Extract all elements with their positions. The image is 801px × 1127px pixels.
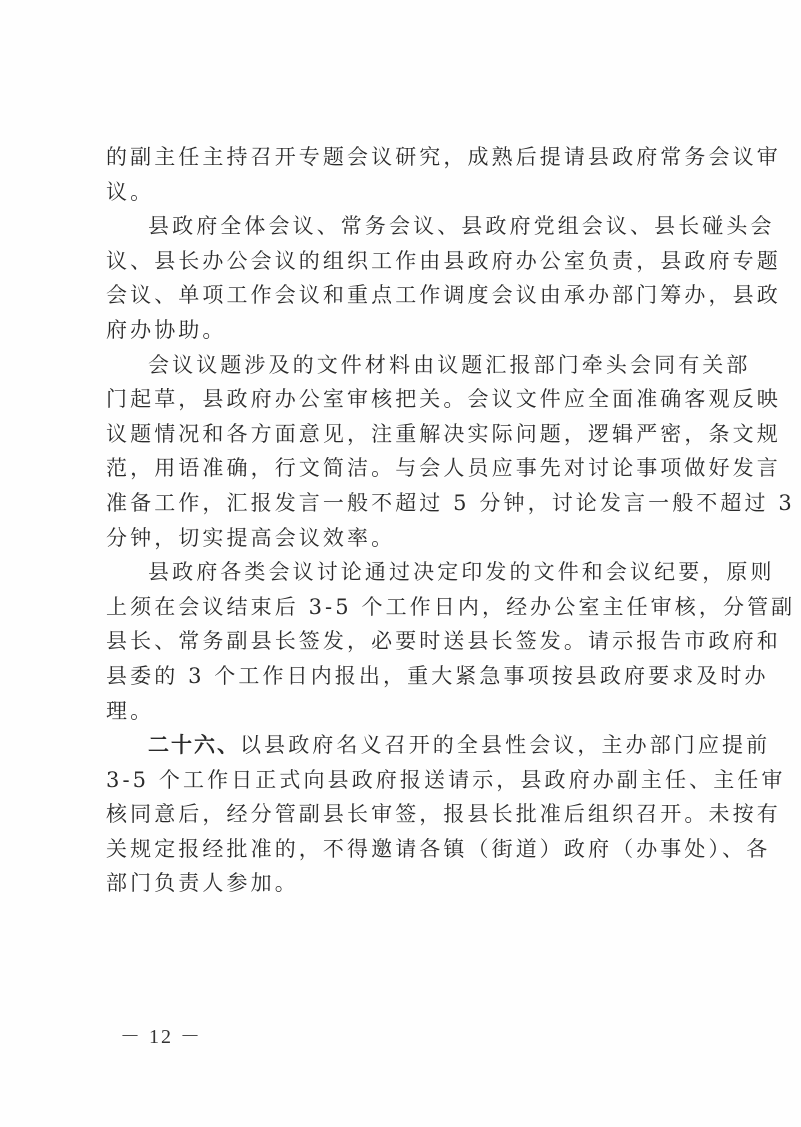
paragraph-meeting-organization: 县政府全体会议、常务会议、县政府党组会议、县长碰头会 议、县长办公会议的组织工作…	[106, 209, 702, 347]
paragraph-article-26: 二十六、以县政府名义召开的全县性会议，主办部门应提前 3-5 个工作日正式向县政…	[106, 728, 702, 901]
text-line: 部门负责人参加。	[106, 866, 702, 901]
text-line: 3-5 个工作日正式向县政府报送请示，县政府办副主任、主任审	[106, 763, 702, 798]
paragraph-meeting-documents: 会议议题涉及的文件材料由议题汇报部门牵头会同有关部 门起草，县政府办公室审核把关…	[106, 348, 702, 556]
text-line: 议题情况和各方面意见，注重解决实际问题，逻辑严密，条文规	[106, 417, 702, 452]
paragraph-meeting-review: 的副主任主持召开专题会议研究，成熟后提请县政府常务会议审 议。	[106, 140, 702, 209]
document-page: 的副主任主持召开专题会议研究，成熟后提请县政府常务会议审 议。 县政府全体会议、…	[0, 0, 801, 1127]
text-line: 会议、单项工作会议和重点工作调度会议由承办部门筹办，县政	[106, 278, 702, 313]
paragraph-meeting-minutes: 县政府各类会议讨论通过决定印发的文件和会议纪要，原则 上须在会议结束后 3-5 …	[106, 555, 702, 728]
text-line: 的副主任主持召开专题会议研究，成熟后提请县政府常务会议审	[106, 140, 702, 175]
text-line: 议、县长办公会议的组织工作由县政府办公室负责，县政府专题	[106, 244, 702, 279]
page-number: － 12 －	[120, 1020, 202, 1049]
article-heading: 二十六、	[148, 733, 240, 757]
text-line: 县政府全体会议、常务会议、县政府党组会议、县长碰头会	[106, 209, 702, 244]
text-line: 上须在会议结束后 3-5 个工作日内，经办公室主任审核，分管副	[106, 590, 702, 625]
text-line: 范，用语准确，行文简洁。与会人员应事先对讨论事项做好发言	[106, 451, 702, 486]
document-body: 的副主任主持召开专题会议研究，成熟后提请县政府常务会议审 议。 县政府全体会议、…	[106, 140, 702, 901]
text-line: 准备工作，汇报发言一般不超过 5 分钟，讨论发言一般不超过 3	[106, 486, 702, 521]
text-line: 县委的 3 个工作日内报出，重大紧急事项按县政府要求及时办	[106, 659, 702, 694]
text-line: 关规定报经批准的，不得邀请各镇（街道）政府（办事处）、各	[106, 832, 702, 867]
text-line: 核同意后，经分管副县长审签，报县长批准后组织召开。未按有	[106, 797, 702, 832]
text-line: 县长、常务副县长签发，必要时送县长签发。请示报告市政府和	[106, 624, 702, 659]
text-line: 议。	[106, 175, 702, 210]
text-line: 县政府各类会议讨论通过决定印发的文件和会议纪要，原则	[106, 555, 702, 590]
text-line: 门起草，县政府办公室审核把关。会议文件应全面准确客观反映	[106, 382, 702, 417]
text-line: 分钟，切实提高会议效率。	[106, 521, 702, 556]
text-line: 会议议题涉及的文件材料由议题汇报部门牵头会同有关部	[106, 348, 702, 383]
article-first-line: 以县政府名义召开的全县性会议，主办部门应提前	[240, 733, 770, 757]
text-line: 府办协助。	[106, 313, 702, 348]
text-line: 二十六、以县政府名义召开的全县性会议，主办部门应提前	[106, 728, 702, 763]
text-line: 理。	[106, 694, 702, 729]
